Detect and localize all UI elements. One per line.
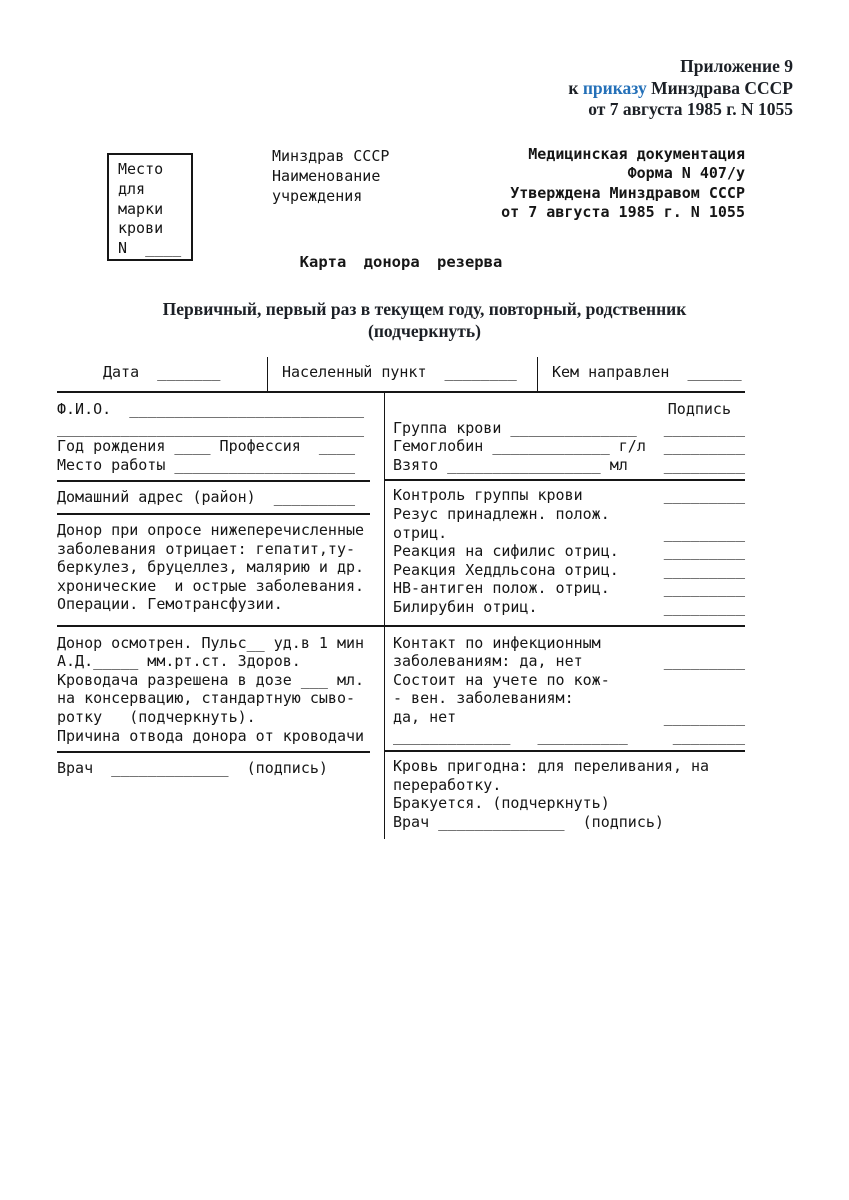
exam-text: А.Д._____ мм.рт.ст. Здоров. <box>57 652 384 671</box>
right-column: Контакт по инфекционным заболеваниям: да… <box>384 627 745 840</box>
signature-blank: _________ <box>664 652 745 671</box>
survey-text: заболевания отрицает: гепатит,ту- <box>57 540 384 559</box>
survey-text: беркулез, бруцеллез, малярию и др. <box>57 558 384 577</box>
form-number: Форма N 407/у <box>501 164 745 183</box>
bilirubin-row: Билирубин отриц._________ <box>385 598 745 617</box>
stamp-line: для <box>118 180 191 200</box>
survey-text: Операции. Гемотрансфузии. <box>57 595 384 614</box>
settlement-field: Населенный пункт ________ <box>268 357 538 391</box>
signature-blank: _________ <box>664 542 745 561</box>
signature-blank: _________ <box>664 598 745 617</box>
exam-text: Донор осмотрен. Пульс__ уд.в 1 мин <box>57 634 384 653</box>
fio-continuation-blank: __________________________________ <box>57 419 384 438</box>
birth-profession-field: Год рождения ____ Профессия ____ <box>57 437 384 456</box>
infection-contact-row: Контакт по инфекционным <box>385 634 745 653</box>
blood-group-row: Группа крови _______________________ <box>385 419 745 438</box>
signature-blank: _________ <box>664 486 745 505</box>
donor-type-subtitle: Первичный, первый раз в текущем году, по… <box>0 298 849 342</box>
taken-volume-row: Взято _________________ мл_________ <box>385 456 745 475</box>
rhesus-negative-row: отриц._________ <box>385 524 745 543</box>
issuer-line: Наименование <box>272 166 389 186</box>
blank-fields-row: _____________ __________________ <box>385 727 745 746</box>
signature-blank: ________ <box>673 727 745 746</box>
reject-row: Бракуется. (подчеркнуть) <box>385 794 745 813</box>
doc-info-line: Утверждена Минздравом СССР <box>501 184 745 203</box>
blood-mark-box: Место для марки крови N ____ <box>107 153 193 261</box>
signature-blank: _________ <box>664 708 745 727</box>
doctor-signature-row: Врач _____________ (подпись) <box>57 759 384 778</box>
doctor-signature-row: Врач ______________ (подпись) <box>385 813 745 832</box>
subtitle-underline-note: (подчеркнуть) <box>0 320 849 342</box>
issuer-line: Минздрав СССР <box>272 146 389 166</box>
header-line-date: от 7 августа 1985 г. N 1055 <box>568 99 793 121</box>
exam-text: Кроводача разрешена в дозе ___ мл. <box>57 671 384 690</box>
signature-blank: _________ <box>664 561 745 580</box>
donor-card-page: Приложение 9 к приказу Минздрава СССР от… <box>0 0 849 1200</box>
blood-suitability-row: переработку. <box>385 776 745 795</box>
survey-text: Донор при опросе нижеперечисленные <box>57 521 384 540</box>
date-field: Дата _______ <box>57 357 268 391</box>
right-divider <box>385 479 745 481</box>
home-address-field: Домашний адрес (район) _________ <box>57 488 384 507</box>
skin-registry-row: - вен. заболеваниям: <box>385 689 745 708</box>
subtitle-line: Первичный, первый раз в текущем году, по… <box>0 298 849 320</box>
skin-yesno-row: да, нет_________ <box>385 708 745 727</box>
left-column: Ф.И.О. __________________________ ______… <box>57 393 384 625</box>
left-column: Донор осмотрен. Пульс__ уд.в 1 мин А.Д._… <box>57 627 384 840</box>
signature-blank: _________ <box>664 579 745 598</box>
skin-registry-row: Состоит на учете по кож- <box>385 671 745 690</box>
top-row: Дата _______ Населенный пункт ________ К… <box>57 357 745 393</box>
hb-antigen-row: НВ-антиген полож. отриц._________ <box>385 579 745 598</box>
donor-form: Дата _______ Населенный пункт ________ К… <box>57 357 745 839</box>
exam-text: на консервацию, стандартную сыво- <box>57 689 384 708</box>
signature-column-header: Подпись <box>385 400 745 419</box>
syphilis-row: Реакция на сифилис отриц._________ <box>385 542 745 561</box>
stamp-line: марки <box>118 200 191 220</box>
card-title: Карта донора резерва <box>57 253 745 271</box>
issuer-block: Минздрав СССР Наименование учреждения <box>272 146 389 206</box>
infection-yesno-row: заболеваниям: да, нет_________ <box>385 652 745 671</box>
heddleson-row: Реакция Хеддльсона отриц._________ <box>385 561 745 580</box>
signature-blank: _________ <box>664 524 745 543</box>
referrer-field: Кем направлен ______ <box>538 357 745 391</box>
section-examination: Донор осмотрен. Пульс__ уд.в 1 мин А.Д._… <box>57 625 745 840</box>
signature-blank: _________ <box>664 456 745 475</box>
doc-info-line: от 7 августа 1985 г. N 1055 <box>501 203 745 222</box>
left-divider <box>57 480 370 482</box>
blood-group-control-row: Контроль группы крови_________ <box>385 486 745 505</box>
doc-info-line: Медицинская документация <box>501 145 745 164</box>
header-line-order: к приказу Минздрава СССР <box>568 78 793 100</box>
signature-blank: _________ <box>664 437 745 456</box>
exam-text: ротку (подчеркнуть). <box>57 708 384 727</box>
withdrawal-reason-row: Причина отвода донора от кроводачи <box>57 727 384 746</box>
hemoglobin-row: Гемоглобин _____________ г/л_________ <box>385 437 745 456</box>
signature-blank: _________ <box>664 419 745 438</box>
prikaz-link[interactable]: приказу <box>583 78 647 98</box>
right-column: Подпись Группа крови ___________________… <box>384 393 745 625</box>
blood-suitability-row: Кровь пригодна: для переливания, на <box>385 757 745 776</box>
stamp-line: Место <box>118 160 191 180</box>
left-divider <box>57 513 370 515</box>
doc-info-block: Медицинская документация Форма N 407/у У… <box>501 145 745 222</box>
issuer-line: учреждения <box>272 186 389 206</box>
survey-text: хронические и острые заболевания. <box>57 577 384 596</box>
rhesus-row: Резус принадлежн. полож. <box>385 505 745 524</box>
appendix-number: Приложение 9 <box>568 56 793 78</box>
right-divider <box>385 750 745 752</box>
left-divider <box>57 751 370 753</box>
stamp-line: крови <box>118 219 191 239</box>
appendix-header: Приложение 9 к приказу Минздрава СССР от… <box>568 56 793 121</box>
workplace-field: Место работы ____________________ <box>57 456 384 475</box>
fio-field: Ф.И.О. __________________________ <box>57 400 384 419</box>
section-personal-lab: Ф.И.О. __________________________ ______… <box>57 393 745 625</box>
